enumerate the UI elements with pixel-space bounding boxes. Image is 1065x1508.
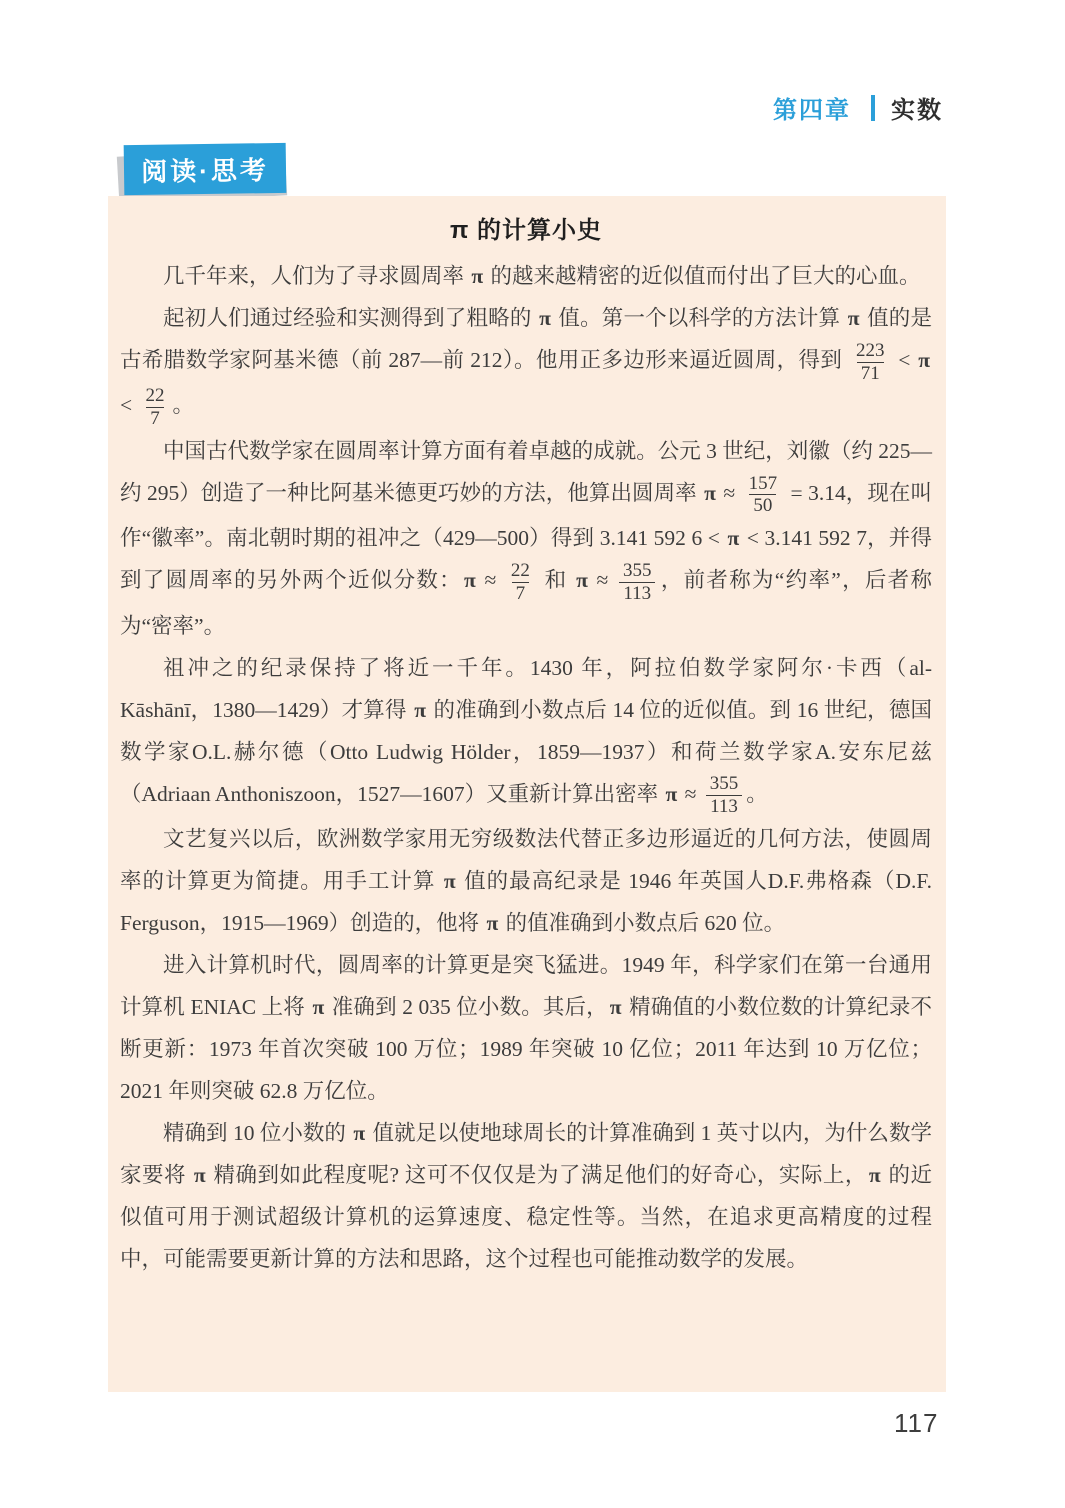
- pi-symbol: π: [704, 481, 716, 505]
- fraction-denominator: 113: [619, 582, 655, 605]
- paragraph: 文艺复兴以后，欧洲数学家用无穷级数法代替正多边形逼近的几何方法，使圆周率的计算更…: [120, 818, 932, 944]
- pi-symbol: π: [576, 568, 588, 592]
- pi-symbol: π: [353, 1121, 365, 1145]
- pi-symbol: π: [444, 869, 456, 893]
- content-panel: π 的计算小史 几千年来，人们为了寻求圆周率 π 的越来越精密的近似值而付出了巨…: [108, 196, 946, 1392]
- fraction-numerator: 355: [619, 560, 656, 582]
- banner-label: 阅读·思考: [141, 150, 269, 189]
- fraction-denominator: 71: [857, 362, 884, 385]
- page-header: 第四章 实数: [773, 90, 943, 125]
- pi-symbol: π: [665, 782, 677, 806]
- fraction: 355113: [619, 560, 656, 605]
- textbook-page: 第四章 实数 阅读·思考 π 的计算小史 几千年来，人们为了寻求圆周率 π 的越…: [0, 0, 1065, 1508]
- fraction-denominator: 50: [749, 494, 776, 517]
- fraction-denominator: 7: [512, 582, 530, 605]
- pi-symbol: π: [727, 526, 739, 550]
- pi-symbol: π: [194, 1163, 206, 1187]
- section-label: 实数: [891, 90, 943, 125]
- pi-symbol: π: [464, 568, 476, 592]
- fraction-numerator: 223: [852, 340, 889, 362]
- pi-symbol: π: [918, 348, 930, 372]
- paragraph: 祖冲之的纪录保持了将近一千年。1430 年，阿拉伯数学家阿尔·卡西（al-Kās…: [120, 647, 932, 818]
- article-title: π 的计算小史: [120, 210, 932, 245]
- fraction-numerator: 22: [142, 385, 169, 407]
- page-number: 117: [894, 1408, 938, 1439]
- fraction-numerator: 157: [745, 473, 782, 495]
- fraction: 355113: [706, 773, 743, 818]
- pi-symbol: π: [869, 1163, 881, 1187]
- pi-symbol: π: [539, 306, 551, 330]
- reading-thinking-banner: 阅读·思考: [118, 140, 298, 204]
- fraction-numerator: 355: [706, 773, 743, 795]
- fraction: 22371: [852, 340, 889, 385]
- pi-symbol: π: [610, 995, 622, 1019]
- pi-symbol: π: [312, 995, 324, 1019]
- pi-symbol: π: [848, 306, 860, 330]
- pi-symbol: π: [487, 911, 499, 935]
- fraction: 15750: [745, 473, 782, 518]
- header-divider-bar: [871, 95, 875, 121]
- fraction-denominator: 113: [706, 795, 742, 818]
- paragraph: 起初人们通过经验和实测得到了粗略的 π 值。第一个以科学的方法计算 π 值的是古…: [120, 297, 932, 430]
- pi-symbol: π: [414, 698, 426, 722]
- paragraph: 进入计算机时代，圆周率的计算更是突飞猛进。1949 年，科学家们在第一台通用计算…: [120, 944, 932, 1112]
- paragraph: 几千年来，人们为了寻求圆周率 π 的越来越精密的近似值而付出了巨大的心血。: [120, 255, 932, 297]
- fraction-denominator: 7: [146, 407, 164, 430]
- paragraph: 精确到 10 位小数的 π 值就足以使地球周长的计算准确到 1 英寸以内，为什么…: [120, 1112, 932, 1280]
- pi-symbol: π: [471, 264, 483, 288]
- banner-box: 阅读·思考: [124, 143, 287, 195]
- fraction: 227: [142, 385, 169, 430]
- chapter-label: 第四章: [773, 90, 851, 125]
- paragraph: 中国古代数学家在圆周率计算方面有着卓越的成就。公元 3 世纪，刘徽（约 225—…: [120, 430, 932, 647]
- fraction: 227: [507, 560, 534, 605]
- fraction-numerator: 22: [507, 560, 534, 582]
- article-body: 几千年来，人们为了寻求圆周率 π 的越来越精密的近似值而付出了巨大的心血。起初人…: [120, 255, 932, 1280]
